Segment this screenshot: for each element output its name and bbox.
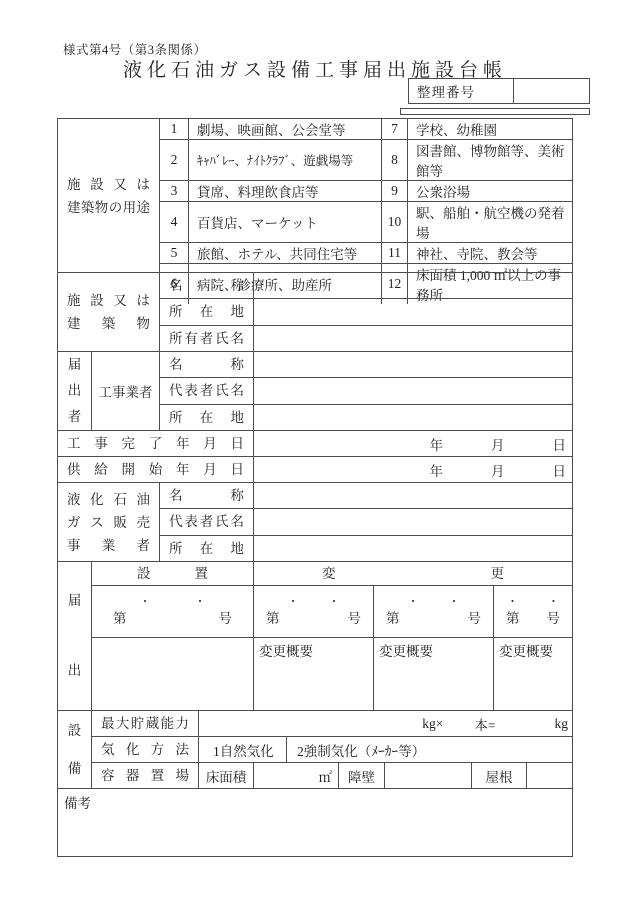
reference-number-label: 整理番号 (409, 79, 514, 103)
vaporization-row: 気化方法 1自然気化 2強制気化（ﾒｰｶｰ等） (91, 736, 572, 762)
year-label: 年 (430, 460, 444, 480)
facility-name-value (253, 273, 572, 298)
usage-no: 3 (159, 181, 188, 201)
usage-text: ｷｬﾊﾞﾚｰ、ﾅｲﾄｸﾗﾌﾞ、遊戯場等 (188, 140, 381, 180)
usage-rows: 1 劇場、映画館、公会堂等 7 学校、幼稚園 2 ｷｬﾊﾞﾚｰ、ﾅｲﾄｸﾗﾌﾞ、… (159, 119, 572, 272)
floor-area-label: 床面積 (198, 763, 253, 788)
henkou-number-cell: ・ ・ 第 号 (373, 586, 493, 637)
gou-label: 号 (468, 611, 482, 627)
usage-text: 神社、寺院、教会等 (407, 243, 572, 263)
seller-representative-label: 代表者氏名 (160, 510, 253, 533)
container-site-label-cell: 容器置場 (91, 763, 198, 788)
completion-date-value: 年 月 日 (253, 431, 572, 456)
month-label: 月 (491, 434, 505, 454)
notifier-name-value (253, 352, 572, 377)
notifier-row: 代表者氏名 (159, 377, 572, 403)
supply-date-value: 年 月 日 (253, 457, 572, 482)
date-dots: ・ ・ (92, 597, 253, 608)
usage-row: 1 劇場、映画館、公会堂等 7 学校、幼稚園 (159, 119, 572, 139)
gaiyou-label: 変更概要 (379, 640, 433, 660)
date-dots: ・ ・ (494, 597, 572, 608)
roof-label: 屋根 (471, 763, 526, 788)
usage-text: 百貨店、マーケット (188, 202, 381, 242)
dot: ・ (408, 597, 419, 608)
section-notification: 届 出 設置 変更 ・ ・ (58, 561, 572, 710)
henkou-number-cell: ・ ・ 第 号 (493, 586, 572, 637)
usage-label: 施設又は 建築物の用途 (58, 173, 159, 219)
notification-label-cell: 届 出 (58, 562, 91, 710)
usage-text: 貸席、料理飲食店等 (188, 181, 381, 201)
seller-label: 液化石油 ガス販売 事業者 (58, 488, 159, 557)
completion-date-label-cell: 工事完了年月日 (58, 431, 253, 456)
notifier-contractor-label: 工事業者 (91, 352, 159, 430)
notifier-row: 名称 (159, 352, 572, 377)
notification-summary-row: 変更概要 変更概要 変更概要 (91, 637, 572, 710)
usage-no: 7 (381, 119, 407, 139)
henkou-header-cell: 変更 (253, 562, 572, 585)
henkou-number-cell: ・ ・ 第 号 (253, 586, 373, 637)
gou-label: 号 (348, 611, 362, 627)
dot: ・ (140, 597, 151, 608)
usage-no: 11 (381, 243, 407, 263)
supply-date-label-cell: 供給開始年月日 (58, 457, 253, 482)
facility-row: 名称 (159, 273, 572, 298)
dot: ・ (548, 597, 559, 608)
number-line: 第 号 (494, 611, 572, 627)
date-dots: ・ ・ (374, 597, 493, 608)
usage-row: 2 ｷｬﾊﾞﾚｰ、ﾅｲﾄｸﾗﾌﾞ、遊戯場等 8 図書館、博物館等、美術館等 (159, 139, 572, 180)
section-usage: 施設又は 建築物の用途 1 劇場、映画館、公会堂等 7 学校、幼稚園 2 ｷｬﾊ… (58, 119, 572, 272)
usage-label-cell: 施設又は 建築物の用途 (58, 119, 159, 272)
equipment-label-cell: 設 備 (58, 711, 91, 788)
usage-row: 5 旅館、ホテル、共同住宅等 11 神社、寺院、教会等 (159, 242, 572, 263)
number-line: 第 号 (92, 611, 253, 627)
henkou-summary-cell: 変更概要 (373, 638, 493, 710)
seller-row: 名称 (159, 483, 572, 508)
usage-text: 旅館、ホテル、共同住宅等 (188, 243, 381, 263)
usage-no: 1 (159, 119, 188, 139)
usage-no: 4 (159, 202, 188, 242)
facility-address-label-cell: 所在地 (159, 299, 253, 324)
main-form-table: 施設又は 建築物の用途 1 劇場、映画館、公会堂等 7 学校、幼稚園 2 ｷｬﾊ… (57, 118, 573, 857)
usage-text: 学校、幼稚園 (407, 119, 572, 139)
barrier-value (384, 763, 471, 788)
seller-address-value (253, 536, 572, 561)
notifier-representative-value (253, 378, 572, 403)
usage-text: 図書館、博物館等、美術館等 (407, 140, 572, 180)
gaiyou-label: 変更概要 (259, 640, 313, 660)
seller-name-label-cell: 名称 (159, 483, 253, 508)
form-page: 様式第4号（第3条関係） 液化石油ガス設備工事届出施設台帳 整理番号 施設又は … (0, 0, 630, 915)
kg-times-unit: kg× (422, 716, 443, 732)
facility-name-label-cell: 名称 (159, 273, 253, 298)
section-notifier: 届 出 者 工事業者 名称 代表者氏名 所在 (58, 351, 572, 430)
remarks-label: 備考 (64, 792, 91, 812)
dai-label: 第 (386, 611, 400, 627)
barrier-label: 障壁 (338, 763, 384, 788)
day-label: 日 (553, 434, 567, 454)
usage-row: 4 百貨店、マーケット 10 駅、船舶・航空機の発着場 (159, 201, 572, 242)
equipment-rows: 最大貯蔵能力 kg× 本= kg 気化方法 1自然気化 2強制気化（ﾒｰｶｰ等） (91, 711, 572, 788)
dot: ・ (507, 597, 518, 608)
notifier-name-label: 名称 (160, 353, 253, 376)
facility-address-label: 所在地 (160, 300, 253, 323)
dai-label: 第 (266, 611, 280, 627)
dai-label: 第 (506, 611, 520, 627)
seller-representative-label-cell: 代表者氏名 (159, 509, 253, 534)
setchi-header-cell: 設置 (91, 562, 253, 585)
floor-area-value-cell: ㎡ (253, 763, 338, 788)
notifier-address-value (253, 405, 572, 430)
setchi-header: 設置 (92, 562, 253, 585)
natural-vaporization-option: 1自然気化 (198, 737, 286, 762)
supply-date-label: 供給開始年月日 (58, 458, 253, 481)
section-facility: 施設又は 建築物 名称 所在地 所有者氏名 (58, 272, 572, 351)
seller-rows: 名称 代表者氏名 所在地 (159, 483, 572, 561)
storage-capacity-label: 最大貯蔵能力 (92, 712, 198, 735)
usage-row: 3 貸席、料理飲食店等 9 公衆浴場 (159, 180, 572, 201)
number-line: 第 号 (254, 611, 373, 627)
reference-number-box: 整理番号 (408, 78, 590, 104)
date-dots: ・ ・ (254, 597, 373, 608)
section-completion-date: 工事完了年月日 年 月 日 (58, 430, 572, 456)
seller-representative-value (253, 509, 572, 534)
container-site-row: 容器置場 床面積 ㎡ 障壁 屋根 (91, 762, 572, 788)
dai-label: 第 (113, 611, 127, 627)
notification-rows: 設置 変更 ・ ・ 第 号 (91, 562, 572, 710)
day-label: 日 (553, 460, 567, 480)
henkou-summary-cell: 変更概要 (493, 638, 572, 710)
usage-no: 10 (381, 202, 407, 242)
notifier-label-cell: 届 出 者 (58, 352, 91, 430)
facility-row: 所有者氏名 (159, 325, 572, 351)
notifier-row: 所在地 (159, 404, 572, 430)
facility-row: 所在地 (159, 298, 572, 324)
notifier-rows: 名称 代表者氏名 所在地 (159, 352, 572, 430)
henkou-header: 変更 (254, 562, 572, 585)
dot: ・ (195, 597, 206, 608)
year-label: 年 (430, 434, 444, 454)
usage-text: 劇場、映画館、公会堂等 (188, 119, 381, 139)
facility-label: 施設又は 建築物 (58, 289, 159, 335)
seller-name-label: 名称 (160, 484, 253, 507)
notifier-address-label-cell: 所在地 (159, 405, 253, 430)
vaporization-label-cell: 気化方法 (91, 737, 198, 762)
seller-row: 代表者氏名 (159, 508, 572, 534)
dot: ・ (329, 597, 340, 608)
seller-row: 所在地 (159, 535, 572, 561)
facility-name-label: 名称 (160, 274, 253, 297)
facility-owner-value (253, 326, 572, 351)
notification-label: 届 出 (58, 566, 91, 706)
month-label: 月 (491, 460, 505, 480)
reference-number-strip (400, 108, 590, 115)
seller-address-label-cell: 所在地 (159, 536, 253, 561)
number-line: 第 号 (374, 611, 493, 627)
seller-name-value (253, 483, 572, 508)
facility-rows: 名称 所在地 所有者氏名 (159, 273, 572, 351)
setchi-summary-cell (91, 638, 253, 710)
notification-number-row: ・ ・ 第 号 ・ ・ 第 (91, 585, 572, 637)
gou-label: 号 (547, 611, 561, 627)
section-supply-date: 供給開始年月日 年 月 日 (58, 456, 572, 482)
square-meter-unit: ㎡ (319, 766, 333, 786)
notification-header-row: 設置 変更 (91, 562, 572, 585)
notifier-address-label: 所在地 (160, 406, 253, 429)
facility-address-value (253, 299, 572, 324)
gaiyou-label: 変更概要 (499, 640, 553, 660)
storage-capacity-label-cell: 最大貯蔵能力 (91, 711, 198, 736)
storage-capacity-value: kg× 本= kg (198, 711, 572, 736)
facility-label-cell: 施設又は 建築物 (58, 273, 159, 351)
dot: ・ (449, 597, 460, 608)
container-site-label: 容器置場 (92, 764, 198, 787)
usage-text: 公衆浴場 (407, 181, 572, 201)
cylinder-count-unit: 本= (474, 714, 495, 734)
section-remarks: 備考 (58, 788, 572, 856)
roof-value (526, 763, 572, 788)
gou-label: 号 (219, 611, 233, 627)
facility-owner-label: 所有者氏名 (160, 327, 253, 350)
notifier-representative-label-cell: 代表者氏名 (159, 378, 253, 403)
setchi-number-cell: ・ ・ 第 号 (91, 586, 253, 637)
usage-no: 2 (159, 140, 188, 180)
equipment-label: 設 備 (58, 712, 91, 788)
section-seller: 液化石油 ガス販売 事業者 名称 代表者氏名 所在地 (58, 482, 572, 561)
usage-no: 5 (159, 243, 188, 263)
forced-vaporization-option: 2強制気化（ﾒｰｶｰ等） (286, 737, 572, 762)
section-equipment: 設 備 最大貯蔵能力 kg× 本= kg 気化方法 (58, 710, 572, 788)
usage-no: 9 (381, 181, 407, 201)
seller-address-label: 所在地 (160, 537, 253, 560)
notifier-representative-label: 代表者氏名 (160, 379, 253, 402)
notifier-name-label-cell: 名称 (159, 352, 253, 377)
reference-number-value (514, 79, 589, 103)
kg-unit: kg (555, 716, 569, 732)
facility-owner-label-cell: 所有者氏名 (159, 326, 253, 351)
storage-capacity-row: 最大貯蔵能力 kg× 本= kg (91, 711, 572, 736)
seller-label-cell: 液化石油 ガス販売 事業者 (58, 483, 159, 561)
usage-text: 駅、船舶・航空機の発着場 (407, 202, 572, 242)
usage-no: 8 (381, 140, 407, 180)
notifier-label: 届 出 者 (58, 352, 91, 430)
henkou-summary-cell: 変更概要 (253, 638, 373, 710)
completion-date-label: 工事完了年月日 (58, 432, 253, 455)
vaporization-label: 気化方法 (92, 738, 198, 761)
dot: ・ (288, 597, 299, 608)
